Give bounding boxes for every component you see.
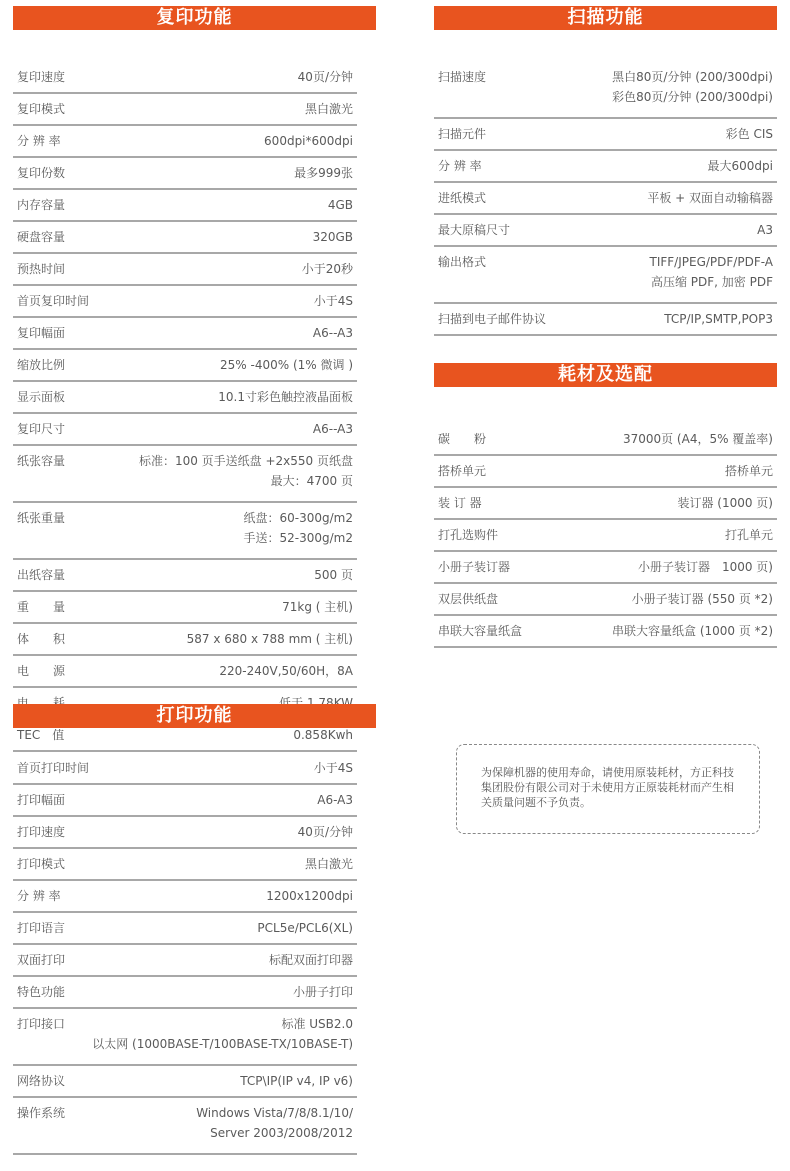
notice-text: 为保障机器的使用寿命，请使用原装耗材，方正科技集团股份有限公司对于未使用方正原装… [481,766,734,809]
copy-spec-row: 复印份数最多999张 [13,158,357,190]
spec-label: 装 订 器 [438,493,482,513]
spec-label: 复印速度 [17,67,65,87]
spec-value: 小册子装订器 (550 页 *2) [632,589,773,609]
spec-value-line: 小于4S [314,291,353,311]
spec-label: 重 量 [17,597,65,617]
copy-spec-row: 内存容量4GB [13,190,357,222]
consumables-spec-table: 碳 粉37000页 (A4，5% 覆盖率)搭桥单元搭桥单元装 订 器装订器 (1… [434,424,777,648]
spec-value: A3 [757,220,773,240]
spec-value-line: 40页/分钟 [298,67,353,87]
spec-value: 标准 USB2.0以太网 (1000BASE-T/100BASE-TX/10BA… [92,1014,353,1054]
spec-value: 37000页 (A4，5% 覆盖率) [623,429,773,449]
spec-value: 最大600dpi [708,156,773,176]
spec-value: 500 页 [314,565,353,585]
spec-value-line: A6-A3 [317,790,353,810]
spec-value: 纸盘：60-300g/m2手送：52-300g/m2 [244,508,354,548]
spec-label: 小册子装订器 [438,557,510,577]
print-spec-row: 操作系统Windows Vista/7/8/8.1/10/Server 2003… [13,1098,357,1155]
spec-label: 输出格式 [438,252,486,272]
print-spec-row: 打印速度40页/分钟 [13,817,357,849]
spec-label: 串联大容量纸盒 [438,621,522,641]
copy-spec-row: 重 量71kg ( 主机) [13,592,357,624]
spec-label: 电 源 [17,661,65,681]
consumables-spec-row: 小册子装订器小册子装订器 1000 页) [434,552,777,584]
print-spec-row: 网络协议TCP\IP(IP v4, IP v6) [13,1066,357,1098]
spec-value-line: 标配双面打印器 [269,950,353,970]
spec-value: 220-240V,50/60H，8A [219,661,353,681]
spec-value-line: 打孔单元 [725,525,773,545]
spec-label: 打印速度 [17,822,65,842]
spec-value-line: 彩色80页/分钟 (200/300dpi) [612,87,773,107]
spec-label: 分 辨 率 [17,131,61,151]
consumables-spec-row: 串联大容量纸盒串联大容量纸盒 (1000 页 *2) [434,616,777,648]
spec-value-line: Server 2003/2008/2012 [196,1123,353,1143]
spec-value: 彩色 CIS [726,124,773,144]
spec-value-line: 587 x 680 x 788 mm ( 主机) [187,629,353,649]
spec-value-line: A6--A3 [313,419,353,439]
copy-section: 复印功能 [13,6,376,30]
spec-value: 最多999张 [294,163,353,183]
spec-value: PCL5e/PCL6(XL) [257,918,353,938]
spec-value-line: 320GB [313,227,353,247]
copy-spec-table: 复印速度40页/分钟复印模式黑白激光分 辨 率600dpi*600dpi复印份数… [13,62,357,752]
spec-value-line: 手送：52-300g/m2 [244,528,354,548]
spec-value: 标配双面打印器 [269,950,353,970]
spec-label: 进纸模式 [438,188,486,208]
consumables-section: 耗材及选配 [434,363,777,387]
spec-value-line: 小册子打印 [293,982,353,1002]
consumables-spec-row: 碳 粉37000页 (A4，5% 覆盖率) [434,424,777,456]
copy-spec-row: 体 积587 x 680 x 788 mm ( 主机) [13,624,357,656]
spec-label: 打印模式 [17,854,65,874]
spec-value: A6--A3 [313,419,353,439]
spec-label: 预热时间 [17,259,65,279]
spec-value: 小册子打印 [293,982,353,1002]
spec-value: 黑白激光 [305,99,353,119]
copy-spec-row: 纸张重量纸盘：60-300g/m2手送：52-300g/m2 [13,503,357,560]
spec-value: A6-A3 [317,790,353,810]
print-spec-row: 分 辨 率1200x1200dpi [13,881,357,913]
scan-spec-row: 最大原稿尺寸A3 [434,215,777,247]
spec-value: 平板 + 双面自动输稿器 [647,188,773,208]
spec-label: 复印份数 [17,163,65,183]
spec-label: 缩放比例 [17,355,65,375]
spec-value-line: 以太网 (1000BASE-T/100BASE-TX/10BASE-T) [92,1034,353,1054]
spec-value: 600dpi*600dpi [264,131,353,151]
consumables-spec-row: 双层供纸盘小册子装订器 (550 页 *2) [434,584,777,616]
spec-label: 打孔选购件 [438,525,498,545]
spec-value: TIFF/JPEG/PDF/PDF-A高压缩 PDF, 加密 PDF [650,252,774,292]
spec-value: 打孔单元 [725,525,773,545]
spec-value-line: 600dpi*600dpi [264,131,353,151]
consumables-section-header: 耗材及选配 [434,363,777,387]
spec-label: 碳 粉 [438,429,486,449]
spec-label: 打印接口 [17,1014,65,1034]
scan-spec-row: 进纸模式平板 + 双面自动输稿器 [434,183,777,215]
print-section: 打印功能 [13,704,376,728]
print-spec-table: 首页打印时间小于4S打印幅面A6-A3打印速度40页/分钟打印模式黑白激光分 辨… [13,753,357,1155]
spec-label: 首页复印时间 [17,291,89,311]
spec-value-line: 彩色 CIS [726,124,773,144]
spec-label: 双层供纸盘 [438,589,498,609]
print-spec-row: 打印接口标准 USB2.0以太网 (1000BASE-T/100BASE-TX/… [13,1009,357,1066]
spec-value: 装订器 (1000 页) [677,493,773,513]
spec-label: TEC 值 [17,725,64,745]
spec-value-line: 71kg ( 主机) [282,597,353,617]
spec-value: 320GB [313,227,353,247]
print-spec-row: 首页打印时间小于4S [13,753,357,785]
spec-value-line: 小于4S [314,758,353,778]
spec-value: 4GB [328,195,353,215]
spec-label: 复印模式 [17,99,65,119]
spec-value-line: 最大：4700 页 [139,471,353,491]
spec-value-line: 纸盘：60-300g/m2 [244,508,354,528]
print-spec-row: 打印语言PCL5e/PCL6(XL) [13,913,357,945]
spec-value-line: 标准：100 页手送纸盘 +2x550 页纸盘 [139,451,353,471]
spec-label: 硬盘容量 [17,227,65,247]
scan-spec-row: 扫描到电子邮件协议TCP/IP,SMTP,POP3 [434,304,777,336]
spec-value-line: 平板 + 双面自动输稿器 [647,188,773,208]
spec-value-line: 最大600dpi [708,156,773,176]
print-spec-row: 打印模式黑白激光 [13,849,357,881]
spec-value: 40页/分钟 [298,822,353,842]
copy-spec-row: 首页复印时间小于4S [13,286,357,318]
spec-label: 纸张容量 [17,451,65,471]
scan-spec-row: 输出格式TIFF/JPEG/PDF/PDF-A高压缩 PDF, 加密 PDF [434,247,777,304]
scan-spec-table: 扫描速度黑白80页/分钟 (200/300dpi)彩色80页/分钟 (200/3… [434,62,777,336]
spec-label: 网络协议 [17,1071,65,1091]
consumables-spec-row: 装 订 器装订器 (1000 页) [434,488,777,520]
spec-value-line: TIFF/JPEG/PDF/PDF-A [650,252,774,272]
print-spec-row: 打印幅面A6-A3 [13,785,357,817]
spec-value: 标准：100 页手送纸盘 +2x550 页纸盘最大：4700 页 [139,451,353,491]
spec-label: 复印尺寸 [17,419,65,439]
spec-value: Windows Vista/7/8/8.1/10/Server 2003/200… [196,1103,353,1143]
spec-label: 最大原稿尺寸 [438,220,510,240]
copy-spec-row: 分 辨 率600dpi*600dpi [13,126,357,158]
scan-section: 扫描功能 [434,6,777,30]
spec-value: 小册子装订器 1000 页) [638,557,773,577]
consumables-spec-row: 搭桥单元搭桥单元 [434,456,777,488]
spec-label: 内存容量 [17,195,65,215]
spec-value: TCP\IP(IP v4, IP v6) [240,1071,353,1091]
spec-value: 71kg ( 主机) [282,597,353,617]
spec-value-line: A3 [757,220,773,240]
spec-value-line: TCP\IP(IP v4, IP v6) [240,1071,353,1091]
copy-section-header: 复印功能 [13,6,376,30]
copy-spec-row: 硬盘容量320GB [13,222,357,254]
spec-value: 黑白激光 [305,854,353,874]
spec-value-line: 0.858Kwh [293,725,353,745]
spec-value-line: Windows Vista/7/8/8.1/10/ [196,1103,353,1123]
spec-value: 串联大容量纸盒 (1000 页 *2) [612,621,773,641]
copy-spec-row: 纸张容量标准：100 页手送纸盘 +2x550 页纸盘最大：4700 页 [13,446,357,503]
copy-spec-row: 复印速度40页/分钟 [13,62,357,94]
spec-value-line: A6--A3 [313,323,353,343]
print-spec-row: 双面打印标配双面打印器 [13,945,357,977]
spec-value: 40页/分钟 [298,67,353,87]
spec-label: 体 积 [17,629,65,649]
spec-value-line: 1200x1200dpi [266,886,353,906]
spec-value-line: 黑白激光 [305,99,353,119]
spec-value-line: 搭桥单元 [725,461,773,481]
copy-spec-row: 出纸容量500 页 [13,560,357,592]
copy-spec-row: 复印尺寸A6--A3 [13,414,357,446]
spec-label: 出纸容量 [17,565,65,585]
spec-value: 小于20秒 [302,259,353,279]
spec-value: 0.858Kwh [293,725,353,745]
spec-value: 黑白80页/分钟 (200/300dpi)彩色80页/分钟 (200/300dp… [612,67,773,107]
spec-label: 分 辨 率 [17,886,61,906]
spec-value-line: 4GB [328,195,353,215]
spec-value: 小于4S [314,291,353,311]
spec-value: 25% -400% (1% 微调 ) [220,355,353,375]
print-section-header: 打印功能 [13,704,376,728]
spec-value-line: 40页/分钟 [298,822,353,842]
spec-value-line: 220-240V,50/60H，8A [219,661,353,681]
spec-label: 打印语言 [17,918,65,938]
original-supplies-notice: 为保障机器的使用寿命，请使用原装耗材，方正科技集团股份有限公司对于未使用方正原装… [456,744,760,834]
spec-label: 复印幅面 [17,323,65,343]
print-spec-row: 特色功能小册子打印 [13,977,357,1009]
consumables-spec-row: 打孔选购件打孔单元 [434,520,777,552]
spec-value-line: 高压缩 PDF, 加密 PDF [650,272,774,292]
spec-value: 小于4S [314,758,353,778]
spec-value-line: 最多999张 [294,163,353,183]
spec-value-line: 500 页 [314,565,353,585]
spec-label: 纸张重量 [17,508,65,528]
spec-value: 搭桥单元 [725,461,773,481]
spec-value: TCP/IP,SMTP,POP3 [664,309,773,329]
spec-value: 587 x 680 x 788 mm ( 主机) [187,629,353,649]
spec-value-line: TCP/IP,SMTP,POP3 [664,309,773,329]
spec-value-line: PCL5e/PCL6(XL) [257,918,353,938]
scan-spec-row: 扫描元件彩色 CIS [434,119,777,151]
spec-label: 操作系统 [17,1103,65,1123]
copy-spec-row: 复印幅面A6--A3 [13,318,357,350]
spec-label: 扫描元件 [438,124,486,144]
spec-value-line: 串联大容量纸盒 (1000 页 *2) [612,621,773,641]
scan-spec-row: 分 辨 率最大600dpi [434,151,777,183]
spec-value-line: 37000页 (A4，5% 覆盖率) [623,429,773,449]
spec-value-line: 小于20秒 [302,259,353,279]
spec-value-line: 10.1寸彩色触控液晶面板 [218,387,353,407]
spec-value-line: 小册子装订器 1000 页) [638,557,773,577]
spec-value-line: 标准 USB2.0 [92,1014,353,1034]
spec-value: 10.1寸彩色触控液晶面板 [218,387,353,407]
spec-label: 扫描到电子邮件协议 [438,309,546,329]
spec-label: 搭桥单元 [438,461,486,481]
spec-label: 双面打印 [17,950,65,970]
copy-spec-row: 预热时间小于20秒 [13,254,357,286]
spec-label: 扫描速度 [438,67,486,87]
scan-section-header: 扫描功能 [434,6,777,30]
copy-spec-row: 缩放比例25% -400% (1% 微调 ) [13,350,357,382]
spec-value-line: 25% -400% (1% 微调 ) [220,355,353,375]
copy-spec-row: 电 源220-240V,50/60H，8A [13,656,357,688]
spec-label: 显示面板 [17,387,65,407]
spec-value-line: 装订器 (1000 页) [677,493,773,513]
spec-label: 特色功能 [17,982,65,1002]
spec-label: 首页打印时间 [17,758,89,778]
copy-spec-row: 显示面板10.1寸彩色触控液晶面板 [13,382,357,414]
spec-label: 分 辨 率 [438,156,482,176]
spec-value-line: 小册子装订器 (550 页 *2) [632,589,773,609]
spec-value: 1200x1200dpi [266,886,353,906]
spec-value-line: 黑白激光 [305,854,353,874]
spec-value: A6--A3 [313,323,353,343]
spec-value-line: 黑白80页/分钟 (200/300dpi) [612,67,773,87]
copy-spec-row: 复印模式黑白激光 [13,94,357,126]
spec-label: 打印幅面 [17,790,65,810]
scan-spec-row: 扫描速度黑白80页/分钟 (200/300dpi)彩色80页/分钟 (200/3… [434,62,777,119]
